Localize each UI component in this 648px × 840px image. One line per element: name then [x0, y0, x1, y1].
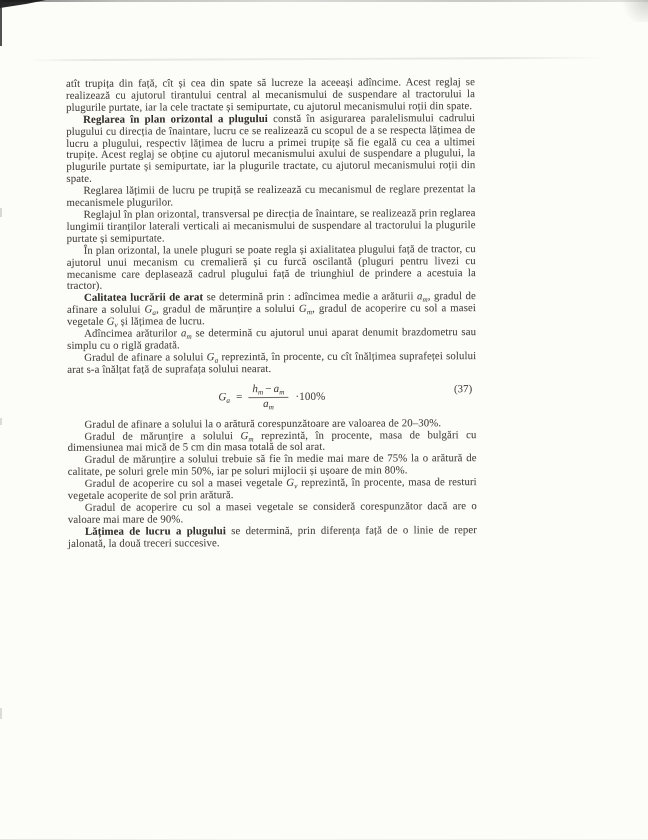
paragraph: atît trupița din față, cît și cea din sp… [66, 77, 475, 115]
equals-sign: = [235, 392, 243, 404]
scan-artifact-corner-mark [0, 0, 46, 8]
formula-numerator: hm−am [248, 384, 288, 398]
scan-artifact-top-right-shade [618, 0, 648, 22]
paragraph: În plan orizontal, la unele pluguri se p… [67, 244, 476, 293]
formula-denominator: am [263, 398, 274, 411]
formula-multiplier: ·100% [294, 391, 326, 403]
equation-37: Ga = hm−am am ·100% (37) [67, 382, 476, 414]
text-column: atît trupița din față, cît și cea din sp… [66, 77, 477, 550]
paragraph: Reglajul în plan orizontal, transversal … [67, 208, 476, 246]
scan-artifact-crease [26, 57, 606, 61]
paragraph: Adîncimea arăturilor am se determină cu … [67, 327, 476, 353]
minus-sign: − [263, 383, 273, 395]
paragraph: Gradul de mărunțire a solului trebuie să… [68, 453, 477, 479]
scan-artifact-left-tick [0, 418, 2, 425]
paragraph: Gradul de acoperire cu sol a masei veget… [68, 477, 477, 503]
formula-lhs: Ga [218, 392, 230, 404]
equation-number: (37) [454, 384, 472, 396]
paragraph: Calitatea lucrării de arat se determină … [67, 291, 476, 329]
scan-artifact-left-tick [0, 708, 2, 719]
paragraph: Gradul de acoperire cu sol a masei veget… [68, 501, 477, 527]
scan-artifact-top-edge [0, 0, 648, 2]
paragraph: Reglarea în plan orizontal a plugului co… [66, 113, 475, 186]
paragraph: Gradul de afinare a solului Ga reprezint… [67, 351, 476, 377]
body-text-upper: atît trupița din față, cît și cea din sp… [66, 77, 476, 376]
scan-artifact-left-edge [0, 0, 2, 46]
formula-fraction: hm−am am [248, 384, 288, 411]
paragraph: Reglarea lățimii de lucru pe trupiță se … [66, 184, 475, 210]
paragraph: Lățimea de lucru a plugului se determină… [68, 525, 477, 551]
paragraph: Gradul de mărunțire a solului Gm reprezi… [68, 430, 477, 456]
formula-body: Ga = hm−am am ·100% [218, 384, 325, 411]
scanned-page: atît trupița din față, cît și cea din sp… [0, 0, 648, 840]
body-text-lower: Gradul de afinare a solului la o arătură… [67, 418, 477, 551]
scan-artifact-left-tick [0, 208, 2, 217]
